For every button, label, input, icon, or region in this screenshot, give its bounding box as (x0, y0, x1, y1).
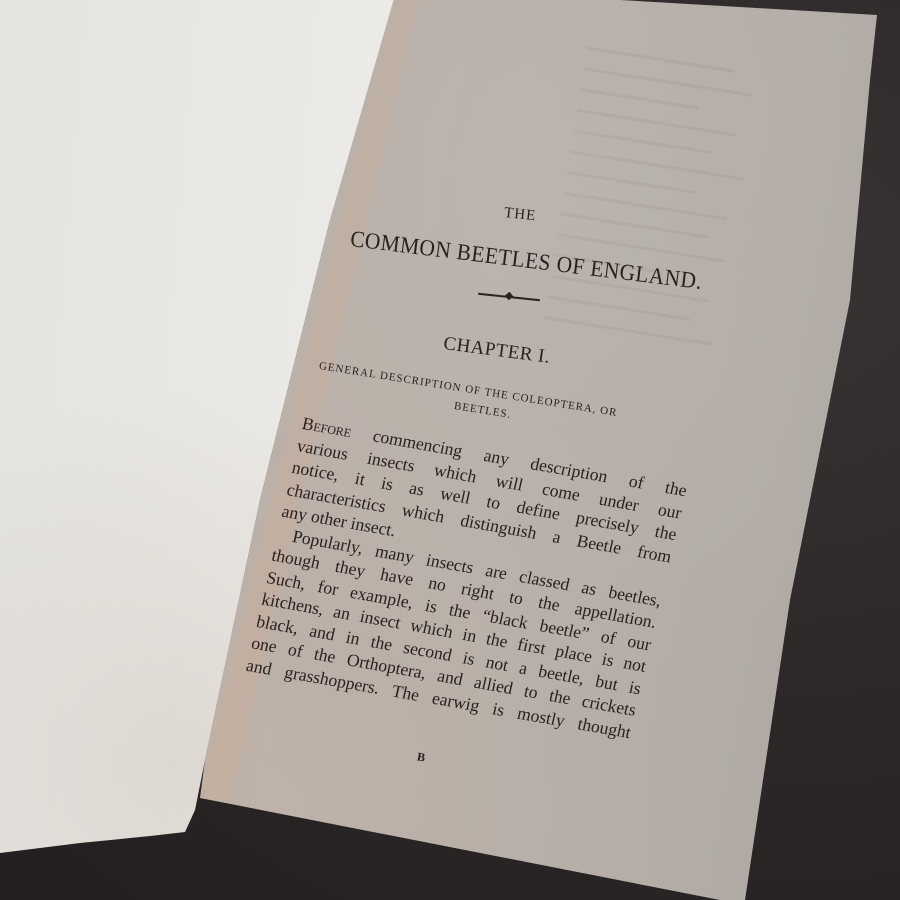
photo-scene: THE COMMON BEETLES OF ENGLAND. CHAPTER I… (0, 0, 900, 900)
title-prefix: THE (503, 205, 537, 225)
bleed-through-text (535, 46, 784, 403)
